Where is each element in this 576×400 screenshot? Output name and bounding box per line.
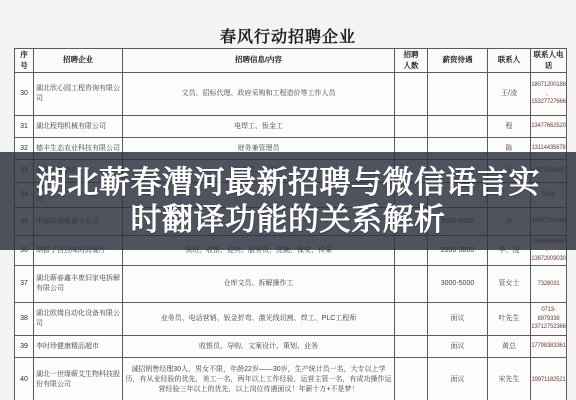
cell-phone: 13477662520 <box>531 116 567 138</box>
cell-count <box>395 358 428 400</box>
table-header: 序号 招聘企业 招聘信息/内容 招聘 人数 薪资待遇 联系人 联系人电话 <box>15 49 567 73</box>
cell-info: 业务员、电话营销、钣金折弯、激光线切割、焊工、PLC工程师 <box>123 303 395 336</box>
cell-no: 30 <box>15 73 34 116</box>
header-contact: 联系人 <box>488 49 531 73</box>
cell-info: 收银员、导购、文案设计、策划、业务 <box>123 336 395 358</box>
cell-company: 湖北程翔机械有限公司 <box>34 116 123 138</box>
header-phone: 联系人电话 <box>531 49 567 73</box>
cell-count <box>395 336 428 358</box>
cell-contact: 宋先生 <box>488 358 531 400</box>
cell-salary <box>428 73 488 116</box>
cell-info: 仓库文员、拆解操作工 <box>123 266 395 303</box>
header-salary: 薪资待遇 <box>428 49 488 73</box>
headline-line-2: 时翻译功能的关系解析 <box>131 201 446 238</box>
cell-no: 40 <box>15 358 34 400</box>
table-row: 38 湖北欧姆自动化设备有限公司 业务员、电话营销、钣金折弯、激光线切割、焊工、… <box>15 303 567 336</box>
cell-no: 31 <box>15 116 34 138</box>
cell-count <box>395 303 428 336</box>
cell-salary: 面议 <box>428 336 488 358</box>
cell-phone: 18071200188 、 15327727666 <box>531 73 567 116</box>
table-row: 31 湖北程翔机械有限公司 电焊工、钣金工 程 13477662520 <box>15 116 567 138</box>
headline-overlay-banner: 湖北蕲春漕河最新招聘与微信语言实 时翻译功能的关系解析 <box>0 152 576 250</box>
cell-info: 电焊工、钣金工 <box>123 116 395 138</box>
table-row: 37 湖北蕲春鑫丰废旧家电拆解有限公司 仓库文员、拆解操作工 3000-5000… <box>15 266 567 303</box>
table-row: 30 湖北欣心园工程咨询有限公司 文员、招标代理、政府采购和工程造价等工作人员 … <box>15 73 567 116</box>
cell-count <box>395 116 428 138</box>
cell-company: 湖北欣心园工程咨询有限公司 <box>34 73 123 116</box>
cell-count <box>395 266 428 303</box>
cell-phone: 0713- 8979338 13712752366 <box>531 303 567 336</box>
cell-no: 38 <box>15 303 34 336</box>
cell-company: 湖北欧姆自动化设备有限公司 <box>34 303 123 336</box>
table-row: 40 湖北一世缘蕲艾生物科技股份有限公司 诚招销售经理30人，男女不限，年龄22… <box>15 358 567 400</box>
cell-salary: 面议 <box>428 303 488 336</box>
table-row: 39 李时珍健康精品超市 收银员、导购、文案设计、策划、业务 面议 黄总 177… <box>15 336 567 358</box>
header-info: 招聘信息/内容 <box>123 49 395 73</box>
cell-salary: 3000-5000 <box>428 266 488 303</box>
cell-phone: 17798383361 <box>531 336 567 358</box>
cell-phone: 7328031 <box>531 266 567 303</box>
cell-phone: 19971182521 <box>531 358 567 400</box>
cell-company: 李时珍健康精品超市 <box>34 336 123 358</box>
header-count: 招聘 人数 <box>395 49 428 73</box>
header-company: 招聘企业 <box>34 49 123 73</box>
cell-count <box>395 73 428 116</box>
cell-info: 文员、招标代理、政府采购和工程造价等工作人员 <box>123 73 395 116</box>
cell-contact: 叶先生 <box>488 303 531 336</box>
cell-info: 诚招销售经理30人，男女不限，年龄22岁——30岁，生产统计员一名，大专以上学历… <box>123 358 395 400</box>
cell-contact: 程 <box>488 116 531 138</box>
cell-no: 39 <box>15 336 34 358</box>
cell-company: 湖北一世缘蕲艾生物科技股份有限公司 <box>34 358 123 400</box>
headline-line-1: 湖北蕲春漕河最新招聘与微信语言实 <box>36 164 540 201</box>
cell-salary <box>428 116 488 138</box>
page-title: 春风行动招聘企业 <box>0 24 576 47</box>
cell-company: 湖北蕲春鑫丰废旧家电拆解有限公司 <box>34 266 123 303</box>
cell-contact: 黄总 <box>488 336 531 358</box>
cell-contact: 管女士 <box>488 266 531 303</box>
header-row: 序号 招聘企业 招聘信息/内容 招聘 人数 薪资待遇 联系人 联系人电话 <box>15 49 567 73</box>
header-no: 序号 <box>15 49 34 73</box>
cell-no: 37 <box>15 266 34 303</box>
cell-contact: 王/凌 <box>488 73 531 116</box>
cell-salary: 面议 <box>428 358 488 400</box>
